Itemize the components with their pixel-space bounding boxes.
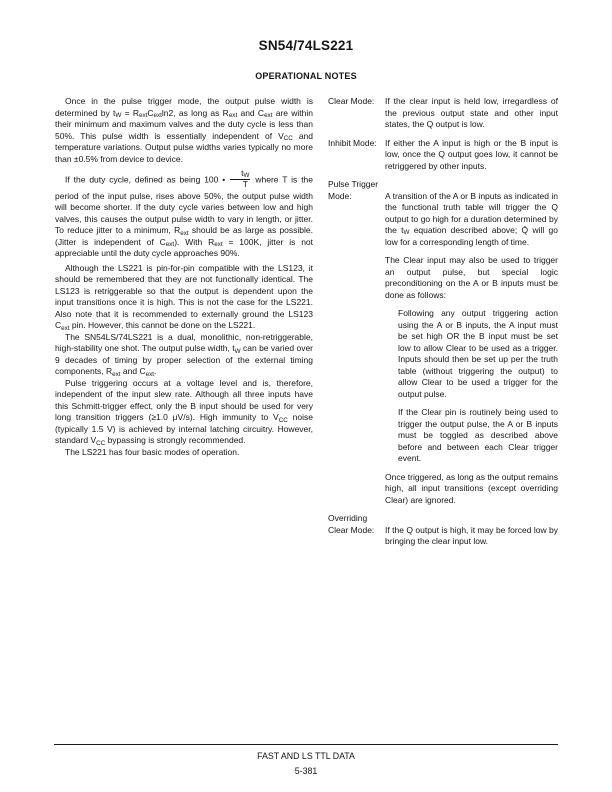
- body-paragraph: If the duty cycle, defined as being 100 …: [55, 170, 313, 260]
- right-column: Clear Mode:If the clear input is held lo…: [328, 96, 558, 555]
- footer-page-number: 5-381: [0, 766, 612, 776]
- body-paragraph: Once in the pulse trigger mode, the outp…: [55, 96, 313, 165]
- mode-row: Clear Mode:If the Q output is high, it m…: [328, 525, 558, 548]
- mode-label: Mode:: [328, 191, 385, 507]
- mode-body: If either the A input is high or the B i…: [385, 138, 558, 173]
- body-paragraph: The LS221 has four basic modes of operat…: [55, 447, 313, 459]
- mode-block: Clear Mode:If the clear input is held lo…: [328, 96, 558, 131]
- mode-row: Inhibit Mode:If either the A input is hi…: [328, 138, 558, 173]
- body-paragraph: The SN54LS/74LS221 is a dual, monolithic…: [55, 332, 313, 378]
- mode-label: Clear Mode:: [328, 96, 385, 131]
- footer-rule: [54, 744, 558, 745]
- body-paragraph: Pulse triggering occurs at a voltage lev…: [55, 378, 313, 447]
- mode-paragraph: The Clear input may also be used to trig…: [385, 255, 558, 301]
- mode-paragraph: Following any output triggering action u…: [398, 308, 558, 400]
- left-column: Once in the pulse trigger mode, the outp…: [55, 96, 313, 458]
- section-heading: OPERATIONAL NOTES: [0, 71, 612, 81]
- mode-paragraph: If the Q output is high, it may be force…: [385, 525, 558, 548]
- fraction-numerator: tW: [230, 169, 250, 180]
- mode-label: Clear Mode:: [328, 525, 385, 548]
- footer-doc-title: FAST AND LS TTL DATA: [0, 751, 612, 761]
- fraction: tWT: [230, 169, 250, 190]
- mode-row: Clear Mode:If the clear input is held lo…: [328, 96, 558, 131]
- mode-label: Inhibit Mode:: [328, 138, 385, 173]
- page-title: SN54/74LS221: [0, 38, 612, 53]
- mode-paragraph: If the Clear pin is routinely being used…: [398, 407, 558, 465]
- mode-paragraph: If either the A input is high or the B i…: [385, 138, 558, 173]
- mode-paragraph: A transition of the A or B inputs as ind…: [385, 191, 558, 249]
- datasheet-page: SN54/74LS221 OPERATIONAL NOTES Once in t…: [0, 0, 612, 792]
- mode-block: Inhibit Mode:If either the A input is hi…: [328, 138, 558, 173]
- mode-label: Overriding: [328, 513, 558, 525]
- mode-body: If the Q output is high, it may be force…: [385, 525, 558, 548]
- body-paragraph: Although the LS221 is pin-for-pin compat…: [55, 263, 313, 332]
- mode-label: Pulse Trigger: [328, 179, 558, 191]
- mode-block: Pulse TriggerMode:A transition of the A …: [328, 179, 558, 506]
- fraction-denominator: T: [230, 180, 250, 190]
- mode-block: OverridingClear Mode:If the Q output is …: [328, 513, 558, 548]
- mode-body: If the clear input is held low, irregard…: [385, 96, 558, 131]
- mode-body: A transition of the A or B inputs as ind…: [385, 191, 558, 507]
- mode-row: Mode:A transition of the A or B inputs a…: [328, 191, 558, 507]
- mode-paragraph: If the clear input is held low, irregard…: [385, 96, 558, 131]
- mode-paragraph: Once triggered, as long as the output re…: [385, 472, 558, 507]
